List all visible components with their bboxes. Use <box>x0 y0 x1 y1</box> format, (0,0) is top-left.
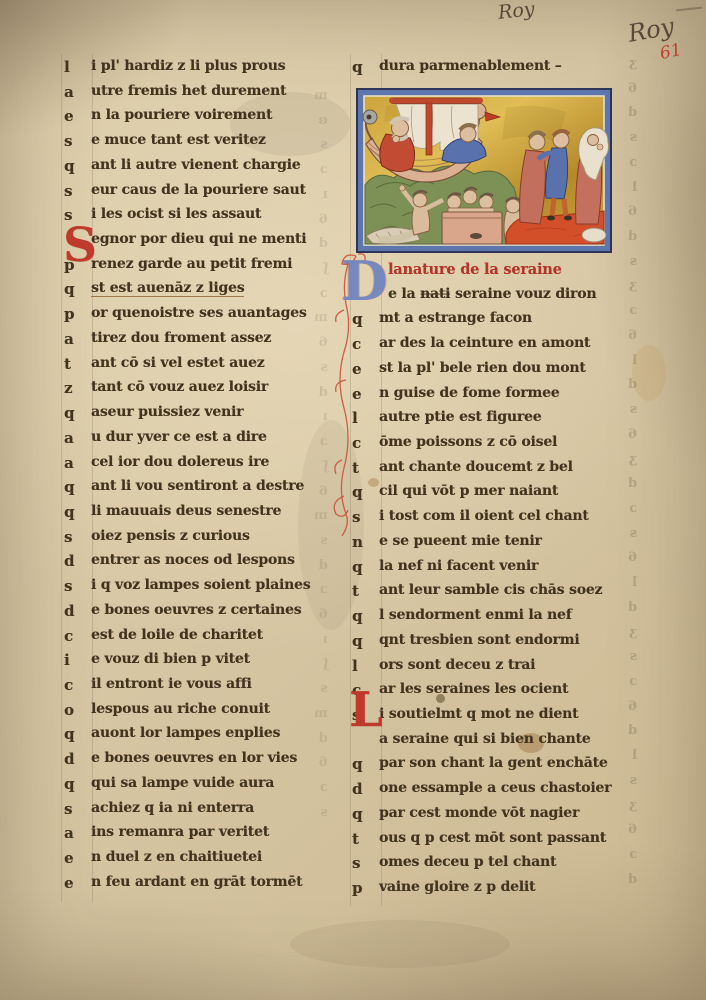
ghost-letter: s <box>314 681 328 706</box>
ghost-letter: s <box>628 526 637 551</box>
line-capital: q <box>352 58 379 76</box>
ghost-letter: ʒ <box>628 56 637 81</box>
ghost-letter: 6 <box>314 755 328 780</box>
line-capital: c <box>64 627 91 645</box>
text-line: autre fremis het durement <box>64 83 352 108</box>
line-text: n la pouriere voirement <box>91 107 272 123</box>
ghost-letter: d <box>628 872 637 897</box>
line-text: i q voz lampes soient plaines <box>91 577 310 593</box>
text-line: lors sont deceu z trai <box>352 657 644 682</box>
rubric-line: lanature de la seraine <box>352 261 644 286</box>
line-capital: q <box>64 280 91 298</box>
text-line: qaseur puissiez venir <box>64 404 352 429</box>
text-line: cil entront ie vous affi <box>64 676 352 701</box>
line-capital: l <box>352 657 379 675</box>
text-line: car les seraines les ocient <box>352 681 644 706</box>
text-line: qcil qui vōt p mer naiant <box>352 483 644 508</box>
line-capital: q <box>352 558 379 576</box>
ghost-letter: d <box>628 377 637 402</box>
line-capital: q <box>352 805 379 823</box>
text-line: li pl' hardiz z li plus prous <box>64 58 352 83</box>
ghost-letter: 6 <box>314 607 328 632</box>
white-animal <box>582 228 606 242</box>
ghost-letter: ɔ <box>628 674 637 699</box>
text-line: en feu ardant en grāt tormēt <box>64 874 352 899</box>
line-capital: s <box>64 800 91 818</box>
line-text: n duel z en chaitiuetei <box>91 849 262 865</box>
line-text: li mauuais deus senestre <box>91 503 281 519</box>
line-capital: q <box>352 607 379 625</box>
line-capital: d <box>352 780 379 798</box>
text-line: qla nef ni facent venir <box>352 558 644 583</box>
ghost-letter: m <box>314 706 328 731</box>
text-line: ie vouz di bien p vitet <box>64 651 352 676</box>
line-capital: d <box>64 552 91 570</box>
initial-l: L <box>349 686 383 734</box>
text-line: somes deceu p tel chant <box>352 854 644 879</box>
line-capital: a <box>64 429 91 447</box>
ghost-letter: 6 <box>628 427 637 452</box>
ghost-letter: d <box>628 600 637 625</box>
line-text: aseur puissiez venir <box>91 404 243 420</box>
ghost-letter: 6 <box>628 699 637 724</box>
ghost-letter: ʒ <box>628 625 637 650</box>
line-text: ant chante doucemt z bel <box>379 459 573 475</box>
line-capital: q <box>352 632 379 650</box>
ghost-letter: ɔ <box>628 847 637 872</box>
right-text-column: lanature de la seraine e la n̶a̶t̶i̶ ser… <box>352 261 644 904</box>
line-capital: a <box>64 83 91 101</box>
line-text: ors sont deceu z trai <box>379 657 535 673</box>
line-text: ins remanra par veritet <box>91 824 269 840</box>
line-text: e bones oeuvres en lor vies <box>91 750 297 766</box>
line-text: auont lor lampes enplies <box>91 725 280 741</box>
line-text: cil qui vōt p mer naiant <box>379 483 558 499</box>
line-text: e vouz di bien p vitet <box>91 651 250 667</box>
line-capital: z <box>64 379 91 397</box>
line-capital: a <box>64 454 91 472</box>
text-line: prenez garde au petit fremi <box>64 256 352 281</box>
ghost-letter: ɔ <box>628 501 637 526</box>
line-capital: q <box>64 478 91 496</box>
text-line: lautre ptie est figuree <box>352 409 644 434</box>
text-line: ql sendorment enmi la nef <box>352 607 644 632</box>
ghost-letter: 6 <box>628 81 637 106</box>
line-text: egnor por dieu qui ne menti <box>91 231 306 247</box>
ghost-letter: d <box>628 105 637 130</box>
ghost-letter: d <box>628 229 637 254</box>
line-capital: q <box>64 775 91 793</box>
line-capital: t <box>352 582 379 600</box>
ghost-letter: 6 <box>628 328 637 353</box>
text-line: qmt a estrange facon <box>352 310 644 335</box>
ghost-letter: ı <box>314 187 328 212</box>
line-text: tant cō vouz auez loisir <box>91 379 268 395</box>
initial-s: S <box>63 222 97 269</box>
ghost-letter: l <box>628 748 637 773</box>
ghost-letter: ʒ <box>628 452 637 477</box>
line-text: entrer as noces od lespons <box>91 552 295 568</box>
line-capital: d <box>64 750 91 768</box>
rubric-text: lanature de la seraine <box>388 261 562 278</box>
text-line: de bones oeuvres en lor vies <box>64 750 352 775</box>
line-text: st la pl' bele rien dou mont <box>379 360 586 376</box>
line-capital: d <box>64 602 91 620</box>
line-capital: s <box>64 182 91 200</box>
ghost-letter: 6 <box>628 550 637 575</box>
text-line: seur caus de la pouriere saut <box>64 182 352 207</box>
ruling-line <box>61 54 62 902</box>
line-text: e muce tant est veritez <box>91 132 266 148</box>
text-line: car des la ceinture en amont <box>352 335 644 360</box>
text-line: q dura parmenablement – <box>352 58 644 83</box>
text-line: tant leur samble cis chās soez <box>352 582 644 607</box>
line-text: one essample a ceus chastoier <box>379 780 611 796</box>
folio-number: 61 <box>658 40 683 64</box>
line-text: vaine gloire z p delit <box>379 879 535 895</box>
ghost-letter: s <box>628 402 637 427</box>
line-capital: p <box>64 305 91 323</box>
line-text: il entront ie vous affi <box>91 676 252 692</box>
text-line: en guise de fome formee <box>352 385 644 410</box>
line-text: par son chant la gent enchāte <box>379 755 608 771</box>
miniature-illustration <box>356 88 612 253</box>
ghost-letter: s <box>628 130 637 155</box>
text-line: cest de loile de charitet <box>64 627 352 652</box>
miniature-sirens-and-ship <box>356 88 612 253</box>
text-line: en duel z en chaitiuetei <box>64 849 352 874</box>
ghost-letter: ʒ <box>628 278 637 303</box>
text-line: ztant cō vouz auez loisir <box>64 379 352 404</box>
ghost-letter: ɔ <box>314 780 328 805</box>
line-text: e se pueent mie tenir <box>379 533 542 549</box>
ghost-letter: ɔ <box>314 582 328 607</box>
line-text: dura parmenablement – <box>379 58 562 74</box>
line-capital: l <box>64 58 91 76</box>
line-text: mt a estrange facon <box>379 310 532 326</box>
text-line: si soutielmt q mot ne dient <box>352 706 644 731</box>
text-line: qpar son chant la gent enchāte <box>352 755 644 780</box>
line-capital: e <box>64 849 91 867</box>
line-text: tirez dou froment assez <box>91 330 271 346</box>
text-line: est la pl' bele rien dou mont <box>352 360 644 385</box>
line-text: omes deceu p tel chant <box>379 854 556 870</box>
ink-inscription: Roy <box>497 0 536 24</box>
line-text: ant li autre vienent chargie <box>91 157 301 173</box>
text-line: qqui sa lampe vuide aura <box>64 775 352 800</box>
ghost-letter: l <box>628 180 637 205</box>
line-text: renez garde au petit fremi <box>91 256 292 272</box>
line-capital: s <box>64 132 91 150</box>
text-line: de bones oeuvres z certaines <box>64 602 352 627</box>
line-capital: q <box>64 157 91 175</box>
text-line: done essample a ceus chastoier <box>352 780 644 805</box>
line-text: u dur yver ce est a dire <box>91 429 267 445</box>
line-text: e bones oeuvres z certaines <box>91 602 301 618</box>
line-text: n feu ardant en grāt tormēt <box>91 874 302 890</box>
text-line: egnor por dieu qui ne menti <box>64 231 352 256</box>
ghost-letter: s <box>628 649 637 674</box>
line-capital: o <box>64 701 91 719</box>
text-line: en la pouriere voirement <box>64 107 352 132</box>
line-capital: s <box>64 577 91 595</box>
text-line: olespous au riche conuit <box>64 701 352 726</box>
ghost-letter: ɔ <box>628 303 637 328</box>
text-line: qpar cest monde vōt nagier <box>352 805 644 830</box>
line-capital: t <box>352 830 379 848</box>
line-text: ant cō si vel estet auez <box>91 355 264 371</box>
line-text: eur caus de la pouriere saut <box>91 182 306 198</box>
ghost-letter: s <box>628 773 637 798</box>
line-capital: p <box>352 879 379 897</box>
line-capital: s <box>64 528 91 546</box>
ghost-letter: s <box>314 137 328 162</box>
ghost-letter: d <box>628 723 637 748</box>
line-text: ar des la ceinture en amont <box>379 335 590 351</box>
line-text: n guise de fome formee <box>379 385 560 401</box>
ghost-letter: s <box>628 254 637 279</box>
line-text: st est auenāz z liges <box>91 280 244 297</box>
text-line: a seraine qui si bien chante <box>352 731 644 756</box>
ghost-letter: 6 <box>628 822 637 847</box>
ghost-letter: ı <box>314 632 328 657</box>
text-line: soiez pensis z curious <box>64 528 352 553</box>
text-line: pvaine gloire z p delit <box>352 879 644 904</box>
text-line: sachiez q ia ni enterra <box>64 800 352 825</box>
ghost-letter: ɔ <box>628 155 637 180</box>
line-text: i soutielmt q mot ne dient <box>379 706 578 722</box>
line-text: cel ior dou dolereus ire <box>91 454 269 470</box>
line-capital: e <box>64 107 91 125</box>
text-line: au dur yver ce est a dire <box>64 429 352 454</box>
ghost-letter: 6 <box>628 204 637 229</box>
line-text: qui sa lampe vuide aura <box>91 775 274 791</box>
line-text: est de loile de charitet <box>91 627 263 643</box>
line-text: or quenoistre ses auantages <box>91 305 307 321</box>
text-line: qauont lor lampes enplies <box>64 725 352 750</box>
ghost-letter: ʃ <box>314 657 328 682</box>
line-text: la nef ni facent venir <box>379 558 538 574</box>
ghost-letter: s <box>314 805 328 830</box>
line-capital: a <box>64 824 91 842</box>
line-text: ōme poissons z cō oisel <box>379 434 557 450</box>
text-line: ne se pueent mie tenir <box>352 533 644 558</box>
line-capital: i <box>64 651 91 669</box>
ghost-letter: d <box>314 731 328 756</box>
line-text: i tost com il oient cel chant <box>379 508 589 524</box>
text-line: dentrer as noces od lespons <box>64 552 352 577</box>
left-text-column: li pl' hardiz z li plus prousautre fremi… <box>64 58 352 898</box>
ghost-letter: ʒ <box>628 798 637 823</box>
text-line: cōme poissons z cō oisel <box>352 434 644 459</box>
line-text: i pl' hardiz z li plus prous <box>91 58 285 74</box>
text-line: ains remanra par veritet <box>64 824 352 849</box>
line-text: utre fremis het durement <box>91 83 286 99</box>
line-capital: q <box>64 404 91 422</box>
line-text: i les ocist si les assaut <box>91 206 261 222</box>
text-line: qant li vou sentiront a destre <box>64 478 352 503</box>
text-line: tant chante doucemt z bel <box>352 459 644 484</box>
line-text: par cest monde vōt nagier <box>379 805 579 821</box>
text-line: qli mauuais deus senestre <box>64 503 352 528</box>
text-line: por quenoistre ses auantages <box>64 305 352 330</box>
line-text: l sendorment enmi la nef <box>379 607 572 623</box>
manuscript-page: Roy Roy 61 li pl' hardiz z li plus prous… <box>0 0 706 1000</box>
line-text: a seraine qui si bien chante <box>379 731 591 747</box>
line-text: ant leur samble cis chās soez <box>379 582 602 598</box>
text-line: si tost com il oient cel chant <box>352 508 644 533</box>
line-capital: q <box>352 755 379 773</box>
line-text: qnt tresbien sont endormi <box>379 632 579 648</box>
pencil-mark <box>676 7 702 12</box>
ghost-letter: m <box>314 88 328 113</box>
text-line: si les ocist si les assaut <box>64 206 352 231</box>
line-capital: q <box>64 503 91 521</box>
text-line: e la n̶a̶t̶i̶ seraine vouz diron <box>352 286 644 311</box>
line-capital: t <box>64 355 91 373</box>
ghost-letter: 6 <box>314 212 328 237</box>
text-line: tous q p cest mōt sont passant <box>352 830 644 855</box>
text-line: si q voz lampes soient plaines <box>64 577 352 602</box>
line-text: ous q p cest mōt sont passant <box>379 830 606 846</box>
line-text: achiez q ia ni enterra <box>91 800 254 816</box>
line-text: autre ptie est figuree <box>379 409 541 425</box>
ghost-letter: l <box>628 353 637 378</box>
ghost-letters-right-margin: ʒ6dsɔl6dsʒɔ6lds6ʒdɔs6ldʒsɔ6dlsʒ6ɔd <box>628 56 637 896</box>
line-capital: a <box>64 330 91 348</box>
text-line: qst est auenāz z liges <box>64 280 352 305</box>
right-column-first-line: q dura parmenablement – <box>352 58 644 83</box>
text-line: atirez dou froment assez <box>64 330 352 355</box>
ghost-letter: ɞ <box>314 113 328 138</box>
line-text: e la n̶a̶t̶i̶ seraine vouz diron <box>388 286 596 302</box>
text-line: tant cō si vel estet auez <box>64 355 352 380</box>
line-text: ant li vou sentiront a destre <box>91 478 304 494</box>
ghost-letter: d <box>314 558 328 583</box>
text-line: acel ior dou dolereus ire <box>64 454 352 479</box>
line-text: lespous au riche conuit <box>91 701 270 717</box>
line-capital: q <box>64 725 91 743</box>
line-text: oiez pensis z curious <box>91 528 250 544</box>
line-capital: c <box>64 676 91 694</box>
ghost-letter: ɔ <box>314 162 328 187</box>
line-capital: s <box>352 854 379 872</box>
ghost-letter: l <box>628 575 637 600</box>
text-line: qant li autre vienent chargie <box>64 157 352 182</box>
stain <box>290 920 510 968</box>
line-capital: e <box>64 874 91 892</box>
ghost-letter: d <box>628 476 637 501</box>
text-line: se muce tant est veritez <box>64 132 352 157</box>
line-text: ar les seraines les ocient <box>379 681 568 697</box>
text-line: qqnt tresbien sont endormi <box>352 632 644 657</box>
initial-d: D <box>341 254 388 308</box>
